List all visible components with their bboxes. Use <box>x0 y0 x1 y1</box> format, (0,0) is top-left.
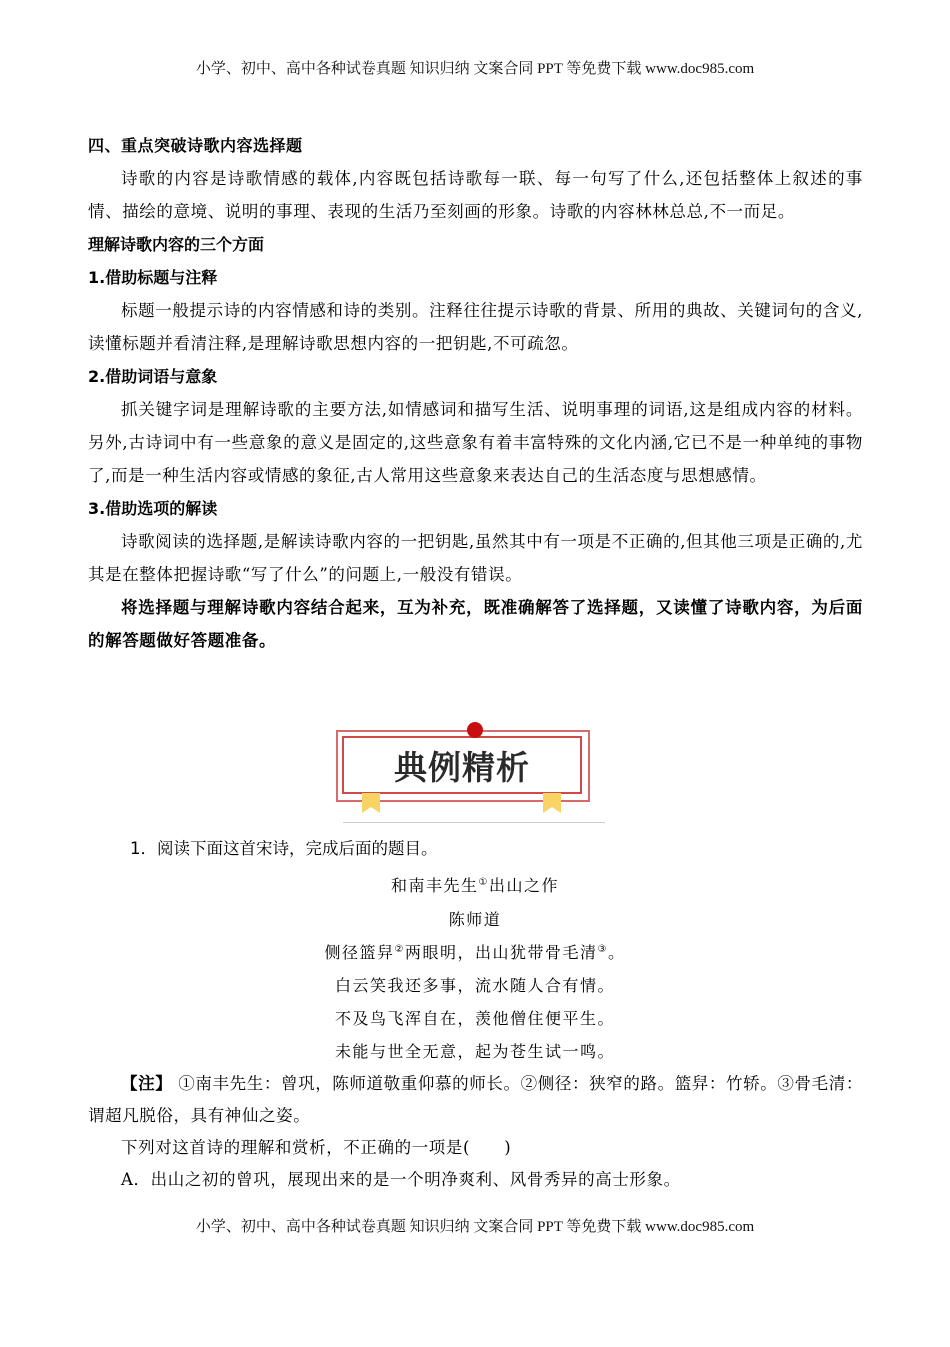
poem-line-1: 侧径篮舁②两眼明，出山犹带骨毛清③。 <box>0 940 950 963</box>
point-body-3: 诗歌阅读的选择题,是解读诗歌内容的一把钥匙,虽然其中有一项是不正确的,但其他三项… <box>88 525 863 591</box>
divider <box>343 822 605 823</box>
page-header: 小学、初中、高中各种试卷真题 知识归纳 文案合同 PPT 等免费下载 www.d… <box>0 57 950 78</box>
poem-title-rest: 出山之作 <box>489 876 559 895</box>
page-footer: 小学、初中、高中各种试卷真题 知识归纳 文案合同 PPT 等免费下载 www.d… <box>0 1215 950 1236</box>
footnote-marker: ① <box>479 877 489 888</box>
poem-line-1-b: 两眼明，出山犹带骨毛清 <box>405 943 598 962</box>
notes-block: 【注】 ①南丰先生：曾巩，陈师道敬重仰慕的师长。②侧径：狭窄的路。篮舁：竹轿。③… <box>88 1068 863 1196</box>
poem-line-1-c: 。 <box>608 943 626 962</box>
footnote-marker: ② <box>395 944 405 955</box>
poem-author: 陈师道 <box>0 907 950 930</box>
notes-paragraph: 【注】 ①南丰先生：曾巩，陈师道敬重仰慕的师长。②侧径：狭窄的路。篮舁：竹轿。③… <box>88 1068 863 1132</box>
badge-inner-frame: 典例精析 <box>342 736 582 794</box>
ribbon-left-icon <box>362 793 380 813</box>
point-body-1: 标题一般提示诗的内容情感和诗的类别。注释往往提示诗歌的背景、所用的典故、关键词句… <box>88 294 863 360</box>
poem-title-text: 和南丰先生 <box>391 876 479 895</box>
subheading: 理解诗歌内容的三个方面 <box>88 228 863 261</box>
option-a-label: A． <box>121 1170 151 1189</box>
poem-line-1-a: 侧径篮舁 <box>325 943 395 962</box>
footnote-marker: ③ <box>598 944 608 955</box>
option-a: A．出山之初的曾巩，展现出来的是一个明净爽利、风骨秀异的高士形象。 <box>88 1164 863 1196</box>
notes-label: 【注】 <box>121 1074 172 1093</box>
notes-text: ①南丰先生：曾巩，陈师道敬重仰慕的师长。②侧径：狭窄的路。篮舁：竹轿。③骨毛清：… <box>88 1074 863 1125</box>
poem-line-4: 未能与世全无意，起为苍生试一鸣。 <box>0 1039 950 1062</box>
ribbon-right-icon <box>543 793 561 813</box>
document-body: 四、重点突破诗歌内容选择题 诗歌的内容是诗歌情感的载体,内容既包括诗歌每一联、每… <box>88 130 863 657</box>
poem-title: 和南丰先生①出山之作 <box>0 873 950 896</box>
poem-line-3: 不及鸟飞浑自在，羡他僧住便平生。 <box>0 1006 950 1029</box>
point-title-1: 1.借助标题与注释 <box>88 261 863 294</box>
conclusion-paragraph: 将选择题与理解诗歌内容结合起来，互为补充，既准确解答了选择题，又读懂了诗歌内容，… <box>88 591 863 657</box>
question-prompt: 下列对这首诗的理解和赏析，不正确的一项是( ) <box>88 1132 863 1164</box>
point-title-2: 2.借助词语与意象 <box>88 360 863 393</box>
red-dot-icon <box>467 722 483 738</box>
example-analysis-badge: 典例精析 <box>335 722 605 822</box>
option-a-text: 出山之初的曾巩，展现出来的是一个明净爽利、风骨秀异的高士形象。 <box>151 1170 681 1189</box>
poem-line-2: 白云笑我还多事，流水随人合有情。 <box>0 973 950 996</box>
point-title-3: 3.借助选项的解读 <box>88 492 863 525</box>
question-stem: 1．阅读下面这首宋诗，完成后面的题目。 <box>130 836 438 862</box>
intro-paragraph: 诗歌的内容是诗歌情感的载体,内容既包括诗歌每一联、每一句写了什么,还包括整体上叙… <box>88 162 863 228</box>
point-body-2: 抓关键字词是理解诗歌的主要方法,如情感词和描写生活、说明事理的词语,这是组成内容… <box>88 393 863 492</box>
section-title: 四、重点突破诗歌内容选择题 <box>88 130 863 162</box>
badge-label: 典例精析 <box>394 742 530 789</box>
